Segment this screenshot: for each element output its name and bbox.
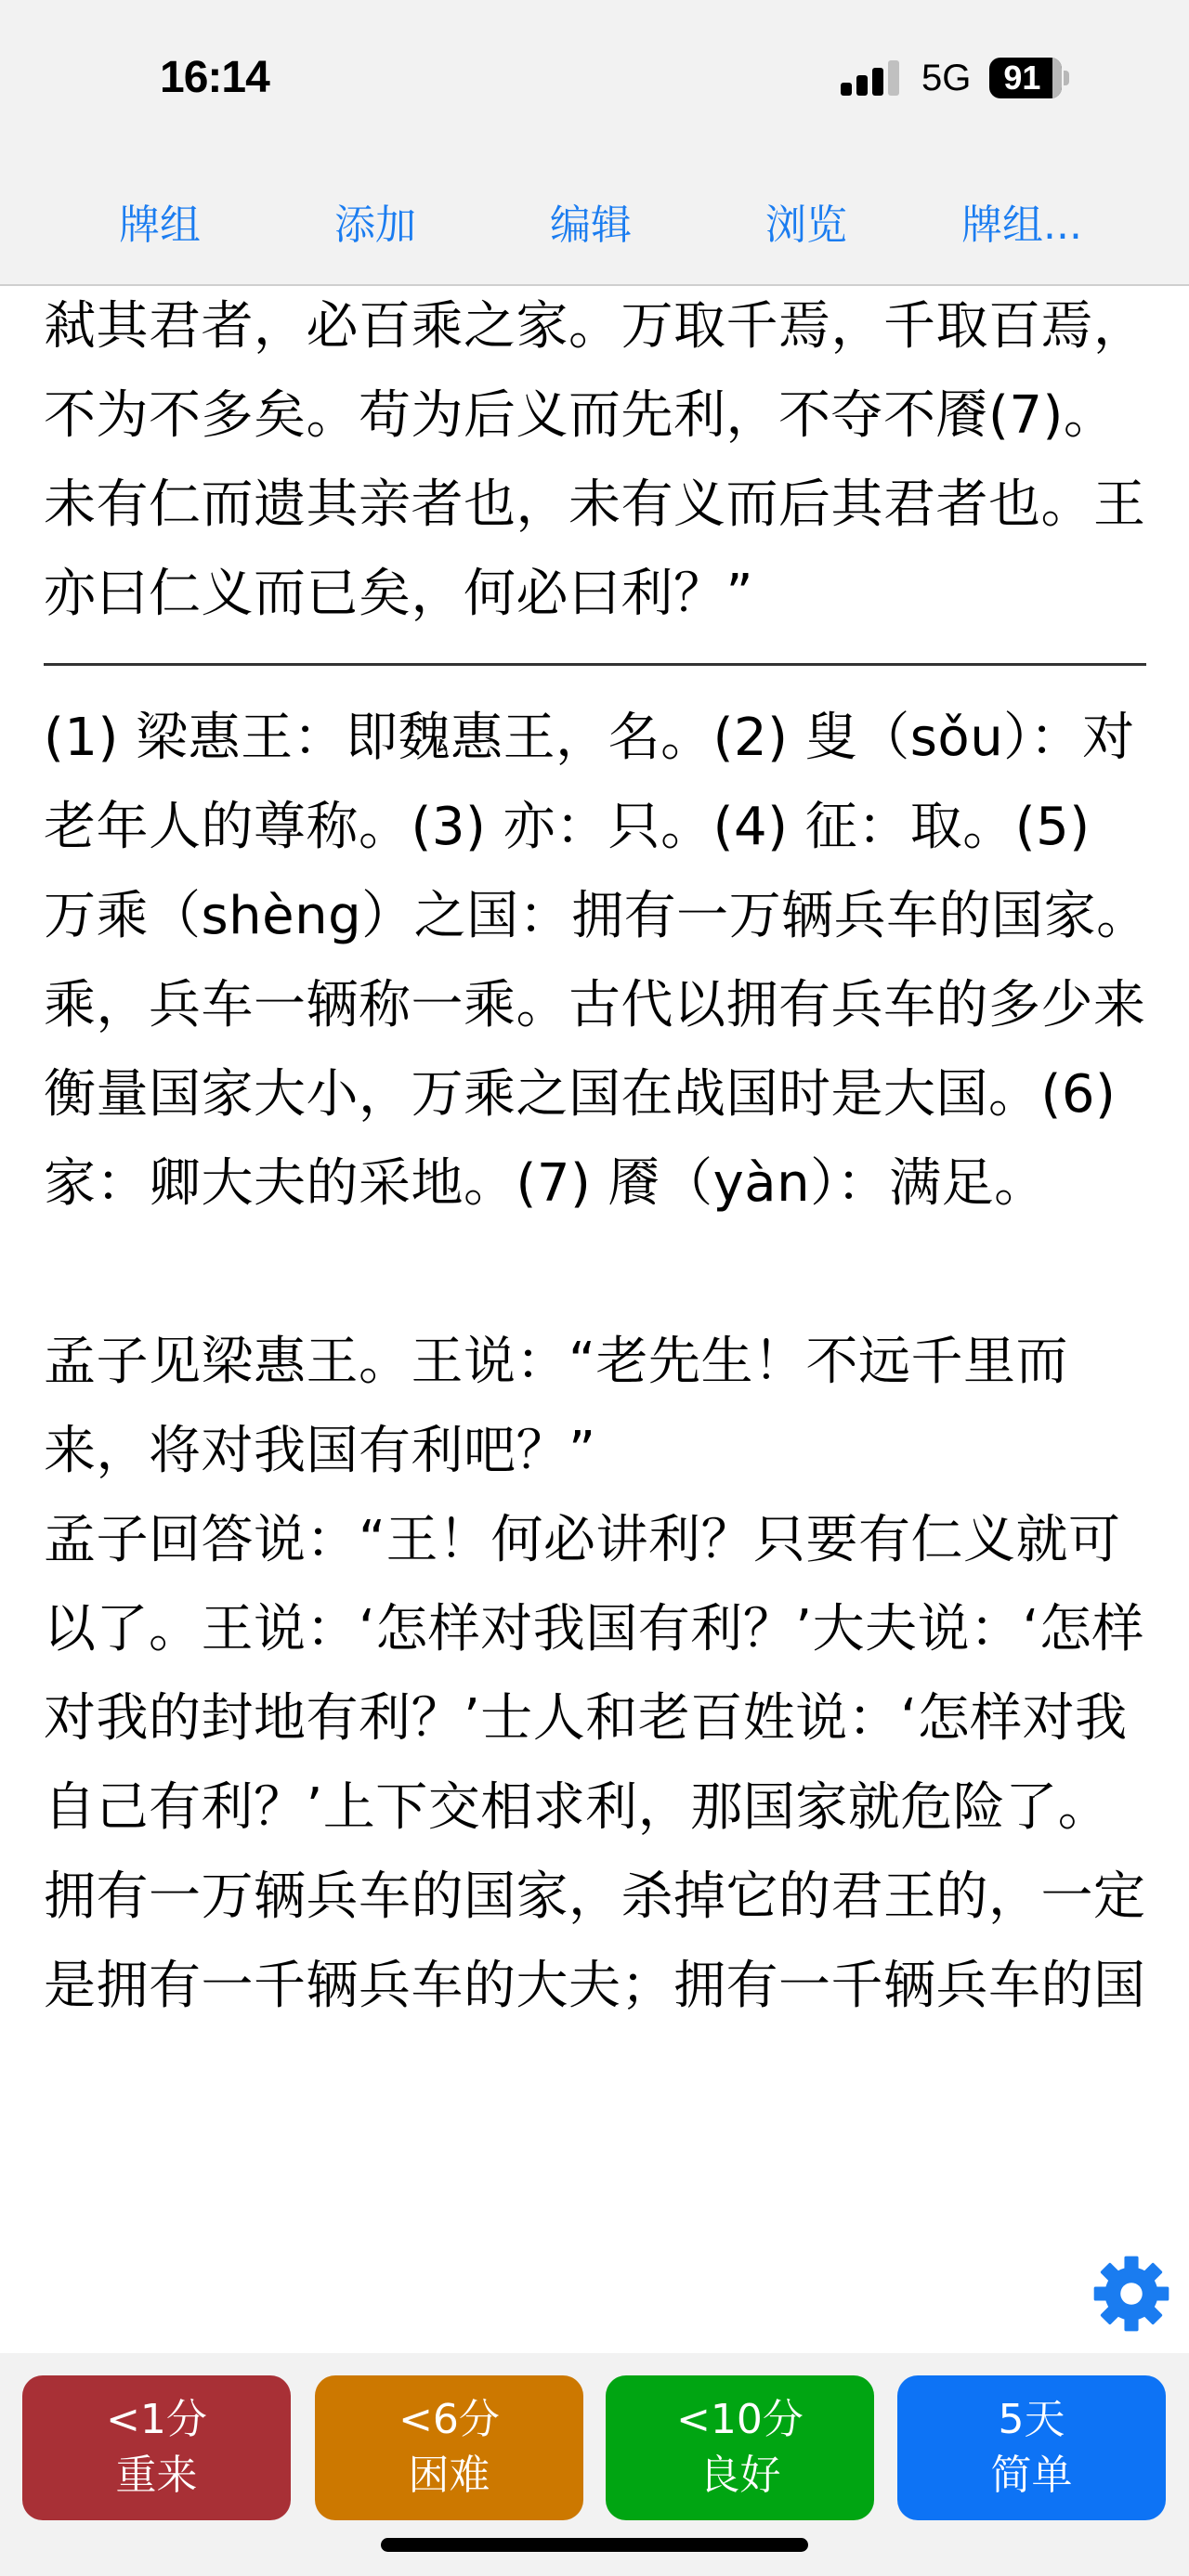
toolbar-deck-options-button[interactable]: 牌组... — [961, 190, 1082, 261]
answer-bar: <1分 重来 <6分 困难 <10分 良好 5天 简单 — [0, 2353, 1189, 2576]
hard-interval: <6分 — [399, 2392, 500, 2448]
battery-icon: 91 — [989, 58, 1062, 98]
easy-interval: 5天 — [999, 2392, 1065, 2448]
answer-hard-button[interactable]: <6分 困难 — [315, 2375, 583, 2520]
spacer — [44, 1229, 1154, 1318]
good-interval: <10分 — [676, 2392, 804, 2448]
divider — [44, 663, 1146, 666]
answer-easy-button[interactable]: 5天 简单 — [897, 2375, 1166, 2520]
again-label: 重来 — [116, 2448, 198, 2504]
good-label: 良好 — [699, 2448, 781, 2504]
status-indicators: 5G 91 — [841, 58, 1069, 98]
battery-level: 91 — [1003, 59, 1040, 98]
battery-cap-icon — [1064, 71, 1069, 85]
status-time: 16:14 — [160, 52, 269, 103]
gear-icon — [1092, 2255, 1170, 2333]
answer-good-button[interactable]: <10分 良好 — [606, 2375, 874, 2520]
toolbar-add-button[interactable]: 添加 — [334, 190, 416, 261]
cellular-signal-icon — [841, 60, 899, 96]
translation-paragraph-2: 孟子回答说：“王！何必讲利？只要有仁义就可以了。王说：‘怎样对我国有利？’大夫说… — [44, 1496, 1154, 2031]
toolbar-browse-button[interactable]: 浏览 — [765, 190, 847, 261]
home-indicator[interactable] — [381, 2538, 808, 2552]
toolbar-edit-button[interactable]: 编辑 — [550, 190, 632, 261]
settings-gear-button[interactable] — [1092, 2255, 1170, 2333]
easy-label: 简单 — [991, 2448, 1073, 2504]
toolbar-decks-button[interactable]: 牌组 — [119, 190, 201, 261]
top-header: 16:14 5G 91 牌组 添加 编辑 浏览 牌组... — [0, 0, 1189, 286]
original-text: 弒其君者，必百乘之家。万取千焉，千取百焉，不为不多矣。苟为后义而先利，不夺不餍(… — [44, 286, 1154, 639]
hard-label: 困难 — [409, 2448, 490, 2504]
annotation-notes: (1) 梁惠王：即魏惠王，名。(2) 叟（sǒu）：对老年人的尊称。(3) 亦：… — [44, 694, 1154, 1229]
toolbar: 牌组 添加 编辑 浏览 牌组... — [0, 190, 1189, 261]
again-interval: <1分 — [106, 2392, 207, 2448]
answer-again-button[interactable]: <1分 重来 — [22, 2375, 291, 2520]
translation-paragraph-1: 孟子见梁惠王。王说：“老先生！不远千里而来，将对我国有利吧？” — [44, 1318, 1154, 1496]
card-content[interactable]: 弒其君者，必百乘之家。万取千焉，千取百焉，不为不多矣。苟为后义而先利，不夺不餍(… — [44, 286, 1154, 2353]
network-type: 5G — [921, 58, 971, 99]
